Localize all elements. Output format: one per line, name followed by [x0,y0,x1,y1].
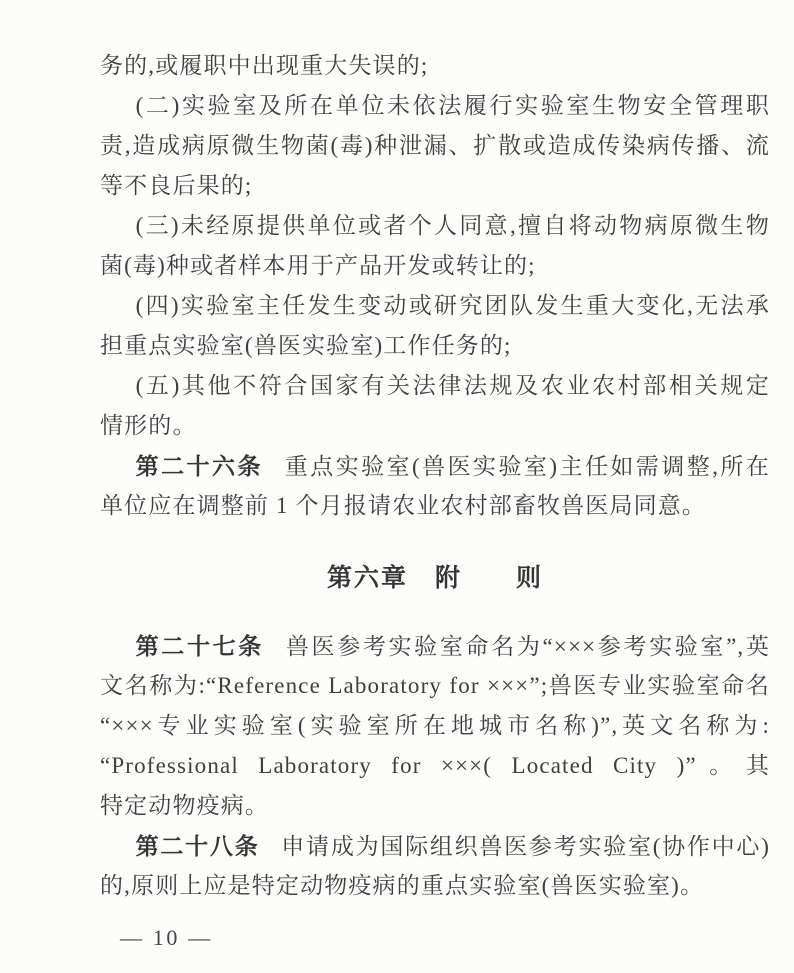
text-line: 等不良后果的; [100,166,770,206]
article-number: 第二十六条 [136,453,263,479]
line-text: 兽医参考实验室命名为“×××参考实验室”,英 [286,634,770,659]
text-line: 第二十七条兽医参考实验室命名为“×××参考实验室”,英 [100,626,770,666]
text-line: (三)未经原提供单位或者个人同意,擅自将动物病原微生物 [100,206,770,246]
article-number: 第二十七条 [136,633,264,659]
text-line: 文名称为:“Reference Laboratory for ×××”;兽医专业… [100,666,770,706]
line-text: 申请成为国际组织兽医参考实验室(协作中心) [281,834,770,859]
text-line: 务的,或履职中出现重大失误的; [100,46,770,86]
text-line: 单位应在调整前 1 个月报请农业农村部畜牧兽医局同意。 [100,486,770,526]
text-line: “Professional Laboratory for ×××( Locate… [100,746,770,786]
article-number: 第二十八条 [136,833,260,859]
text-line: “×××专业实验室(实验室所在地城市名称)”,英文名称为: [100,706,770,746]
document-body: 务的,或履职中出现重大失误的;(二)实验室及所在单位未依法履行实验室生物安全管理… [100,46,770,906]
text-line: 特定动物疫病。 [100,786,770,826]
text-line: (二)实验室及所在单位未依法履行实验室生物安全管理职 [100,86,770,126]
text-line: 情形的。 [100,406,770,446]
document-page: 务的,或履职中出现重大失误的;(二)实验室及所在单位未依法履行实验室生物安全管理… [0,0,794,973]
page-number: — 10 — [100,920,770,956]
text-line: 的,原则上应是特定动物疫病的重点实验室(兽医实验室)。 [100,866,770,906]
text-line: 担重点实验室(兽医实验室)工作任务的; [100,326,770,366]
line-text: 重点实验室(兽医实验室)主任如需调整,所在 [285,454,770,479]
text-line: 菌(毒)种或者样本用于产品开发或转让的; [100,246,770,286]
text-line: (四)实验室主任发生变动或研究团队发生重大变化,无法承 [100,286,770,326]
chapter-heading: 第六章 附 则 [100,558,770,598]
text-line: (五)其他不符合国家有关法律法规及农业农村部相关规定 [100,366,770,406]
text-line: 责,造成病原微生物菌(毒)种泄漏、扩散或造成传染病传播、流行 [100,126,770,166]
text-line: 第二十八条申请成为国际组织兽医参考实验室(协作中心) [100,826,770,866]
text-line: 第二十六条重点实验室(兽医实验室)主任如需调整,所在 [100,446,770,486]
